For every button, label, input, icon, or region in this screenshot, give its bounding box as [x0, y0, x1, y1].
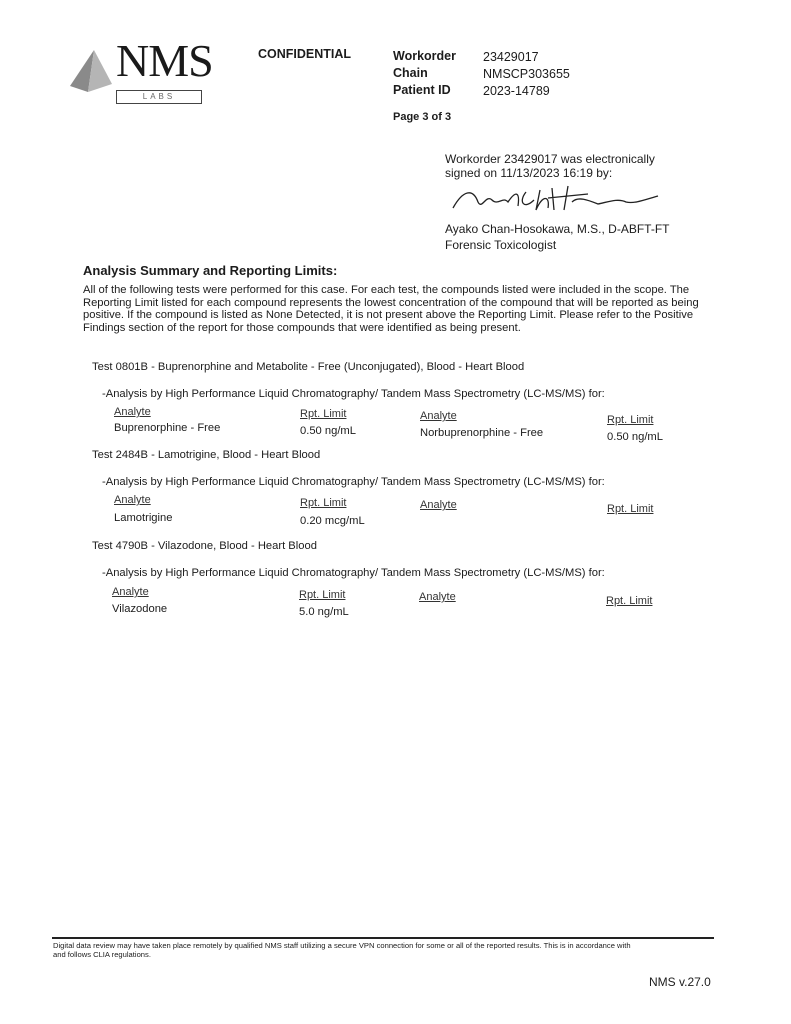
- column-header-limit: Rpt. Limit: [607, 414, 653, 426]
- pyramid-icon: [68, 48, 114, 92]
- column-header-analyte: Analyte: [419, 591, 456, 603]
- page-number: Page 3 of 3: [393, 111, 451, 123]
- column-header-analyte: Analyte: [114, 494, 151, 506]
- signature-statement: Workorder 23429017 was electronically si…: [445, 152, 655, 180]
- analyte-name: Vilazodone: [112, 603, 167, 615]
- test-method: -Analysis by High Performance Liquid Chr…: [102, 476, 605, 488]
- analyte-name: Norbuprenorphine - Free: [420, 427, 543, 439]
- signature-line-2: signed on 11/13/2023 16:19 by:: [445, 166, 655, 180]
- paragraph-line: positive. If the compound is listed as N…: [83, 309, 733, 322]
- column-header-limit: Rpt. Limit: [606, 595, 652, 607]
- workorder-label: Workorder: [393, 48, 456, 65]
- patient-id-label: Patient ID: [393, 82, 456, 99]
- logo-labs: LABS: [116, 90, 202, 104]
- test-title: Test 0801B - Buprenorphine and Metabolit…: [92, 361, 524, 373]
- column-header-analyte: Analyte: [112, 586, 149, 598]
- analyte-limit: 0.20 mcg/mL: [300, 515, 365, 527]
- analyte-name: Lamotrigine: [114, 512, 172, 524]
- signer-title: Forensic Toxicologist: [445, 238, 670, 252]
- test-title: Test 4790B - Vilazodone, Blood - Heart B…: [92, 540, 317, 552]
- footer-line: and follows CLIA regulations.: [53, 950, 723, 959]
- signature-line-1: Workorder 23429017 was electronically: [445, 152, 655, 166]
- test-method: -Analysis by High Performance Liquid Chr…: [102, 567, 605, 579]
- signer-name: Ayako Chan-Hosokawa, M.S., D-ABFT-FT: [445, 222, 670, 236]
- column-header-analyte: Analyte: [420, 499, 457, 511]
- footer-divider: [52, 937, 714, 939]
- column-header-limit: Rpt. Limit: [299, 589, 345, 601]
- version-label: NMS v.27.0: [649, 975, 711, 989]
- workorder-value: 23429017: [483, 49, 570, 66]
- analyte-name: Buprenorphine - Free: [114, 422, 220, 434]
- column-header-limit: Rpt. Limit: [607, 503, 653, 515]
- paragraph-line: Reporting Limit listed for each compound…: [83, 297, 733, 310]
- analyte-limit: 0.50 ng/mL: [300, 425, 356, 437]
- chain-value: NMSCP303655: [483, 66, 570, 83]
- test-method: -Analysis by High Performance Liquid Chr…: [102, 388, 605, 400]
- paragraph-line: Findings section of the report for those…: [83, 322, 733, 335]
- signer-info: Ayako Chan-Hosokawa, M.S., D-ABFT-FT For…: [445, 222, 670, 252]
- test-title: Test 2484B - Lamotrigine, Blood - Heart …: [92, 449, 320, 461]
- logo-wordmark: NMS: [116, 38, 213, 84]
- analyte-limit: 5.0 ng/mL: [299, 606, 349, 618]
- column-header-limit: Rpt. Limit: [300, 408, 346, 420]
- confidential-label: CONFIDENTIAL: [258, 47, 351, 61]
- paragraph-line: All of the following tests were performe…: [83, 284, 733, 297]
- chain-label: Chain: [393, 65, 456, 82]
- column-header-analyte: Analyte: [420, 410, 457, 422]
- column-header-analyte: Analyte: [114, 406, 151, 418]
- nms-labs-logo: NMS LABS: [68, 44, 208, 106]
- header-fields: Workorder Chain Patient ID: [393, 48, 456, 99]
- footer-line: Digital data review may have taken place…: [53, 941, 723, 950]
- handwritten-signature: [448, 180, 678, 220]
- summary-paragraph: All of the following tests were performe…: [83, 284, 733, 334]
- analyte-limit: 0.50 ng/mL: [607, 431, 663, 443]
- section-title: Analysis Summary and Reporting Limits:: [83, 263, 337, 278]
- footer-disclaimer: Digital data review may have taken place…: [53, 941, 723, 959]
- header-values: 23429017 NMSCP303655 2023-14789: [483, 49, 570, 100]
- patient-id-value: 2023-14789: [483, 83, 570, 100]
- column-header-limit: Rpt. Limit: [300, 497, 346, 509]
